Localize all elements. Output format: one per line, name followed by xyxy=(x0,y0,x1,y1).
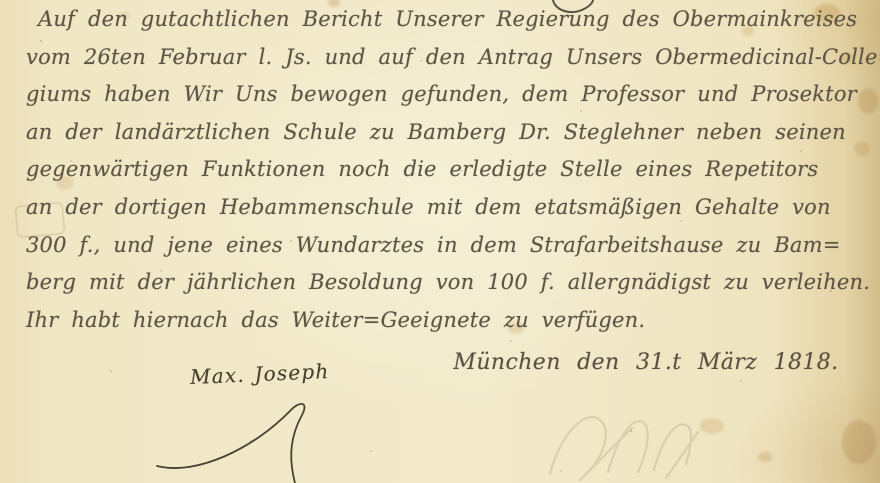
signature-flourish xyxy=(152,398,332,483)
dateline: München den 31.t März 1818. xyxy=(436,344,856,382)
manuscript-line: an der landärztlichen Schule zu Bamberg … xyxy=(26,114,872,152)
manuscript-line: berg mit der jährlichen Besoldung von 10… xyxy=(26,264,872,302)
foxing-stain xyxy=(758,452,772,462)
manuscript-line: giums haben Wir Uns bewogen gefunden, de… xyxy=(26,76,872,114)
document-page: Auf den gutachtlichen Bericht Unserer Re… xyxy=(0,0,880,483)
manuscript-line: vom 26ten Februar l. Js. und auf den Ant… xyxy=(26,39,872,77)
ink-bleedthrough xyxy=(540,402,750,482)
manuscript-line: gegenwärtigen Funktionen noch die erledi… xyxy=(26,151,872,189)
manuscript-line: Auf den gutachtlichen Bericht Unserer Re… xyxy=(26,1,872,39)
manuscript-line: Ihr habt hiernach das Weiter=Geeignete z… xyxy=(26,302,872,340)
manuscript-text-block: Auf den gutachtlichen Bericht Unserer Re… xyxy=(26,1,872,339)
foxing-stain xyxy=(842,420,876,464)
manuscript-line: an der dortigen Hebammenschule mit dem e… xyxy=(26,189,872,227)
signature: Max. Joseph xyxy=(190,359,330,389)
manuscript-line: 300 f., und jene eines Wundarztes in dem… xyxy=(26,227,872,265)
